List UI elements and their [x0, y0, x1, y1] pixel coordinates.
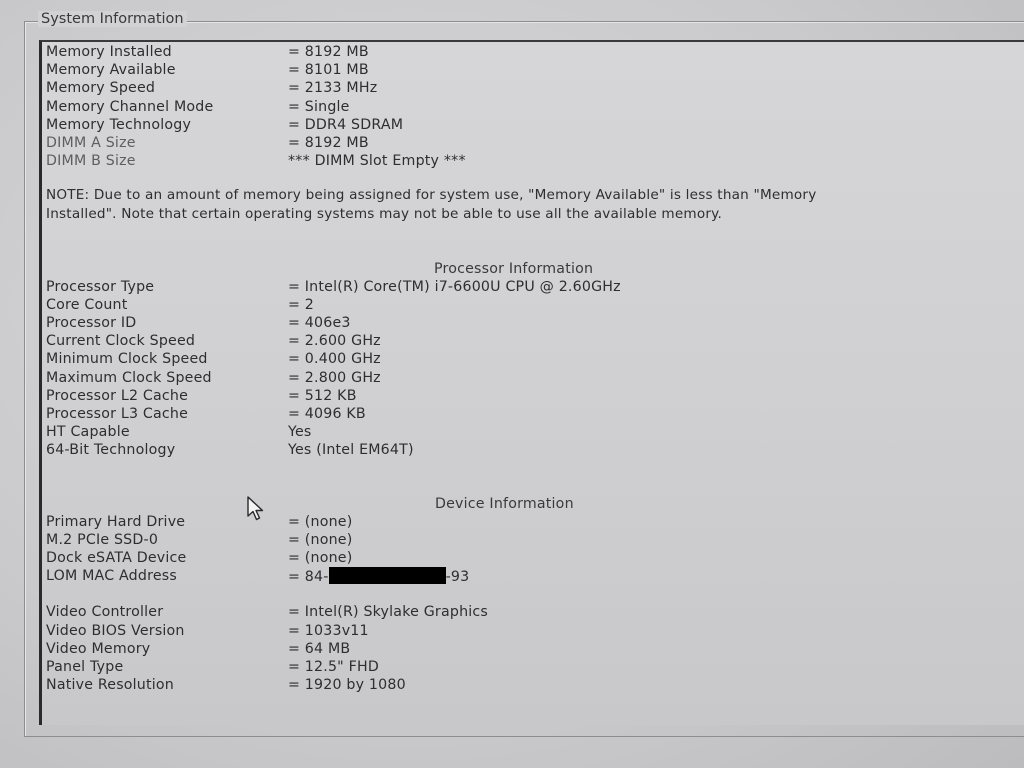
- info-row-memory-installed: Memory Installed= 8192 MB: [46, 43, 976, 61]
- info-row-memory-speed: Memory Speed= 2133 MHz: [46, 79, 976, 97]
- info-row-video-bios-version: Video BIOS Version= 1033v11: [46, 622, 976, 640]
- groupbox-title: System Information: [38, 11, 187, 27]
- device-section-title: Device Information: [46, 495, 976, 513]
- info-row-64-bit-technology: 64-Bit TechnologyYes (Intel EM64T): [46, 441, 976, 459]
- info-row-processor-id: Processor ID= 406e3: [46, 314, 976, 332]
- info-row-maximum-clock-speed: Maximum Clock Speed= 2.800 GHz: [46, 369, 976, 387]
- info-row-memory-available: Memory Available= 8101 MB: [46, 61, 976, 79]
- info-content: Memory Installed= 8192 MB Memory Availab…: [46, 43, 976, 694]
- redaction-bar: [329, 567, 446, 584]
- info-row-dock-esata: Dock eSATA Device= (none): [46, 549, 976, 567]
- info-row-memory-channel-mode: Memory Channel Mode= Single: [46, 98, 976, 116]
- info-row-processor-type: Processor Type= Intel(R) Core(TM) i7-660…: [46, 278, 976, 296]
- info-row-l2-cache: Processor L2 Cache= 512 KB: [46, 387, 976, 405]
- info-row-m2-pcie-ssd: M.2 PCIe SSD-0= (none): [46, 531, 976, 549]
- mac-prefix: = 84-: [288, 569, 329, 585]
- info-row-dimm-b-size: DIMM B Size*** DIMM Slot Empty ***: [46, 152, 976, 170]
- info-row-panel-type: Panel Type= 12.5" FHD: [46, 658, 976, 676]
- info-row-video-controller: Video Controller= Intel(R) Skylake Graph…: [46, 603, 976, 621]
- processor-section-title: Processor Information: [46, 260, 976, 278]
- info-row-l3-cache: Processor L3 Cache= 4096 KB: [46, 405, 976, 423]
- info-row-lom-mac-address: LOM MAC Address = 84--93: [46, 567, 976, 585]
- info-panel: Memory Installed= 8192 MB Memory Availab…: [39, 40, 1024, 725]
- info-row-video-memory: Video Memory= 64 MB: [46, 640, 976, 658]
- info-row-primary-hard-drive: Primary Hard Drive= (none): [46, 513, 976, 531]
- info-row-core-count: Core Count= 2: [46, 296, 976, 314]
- processor-section: Processor Type= Intel(R) Core(TM) i7-660…: [46, 278, 976, 460]
- info-row-dimm-a-size: DIMM A Size= 8192 MB: [46, 134, 976, 152]
- info-row-current-clock-speed: Current Clock Speed= 2.600 GHz: [46, 332, 976, 350]
- info-row-native-resolution: Native Resolution= 1920 by 1080: [46, 676, 976, 694]
- mouse-pointer-icon: [246, 495, 268, 523]
- mac-suffix: -93: [446, 569, 470, 585]
- info-row-ht-capable: HT CapableYes: [46, 423, 976, 441]
- video-section: Video Controller= Intel(R) Skylake Graph…: [46, 603, 976, 694]
- memory-note: NOTE: Due to an amount of memory being a…: [46, 186, 886, 222]
- info-row-minimum-clock-speed: Minimum Clock Speed= 0.400 GHz: [46, 350, 976, 368]
- device-section: Primary Hard Drive= (none) M.2 PCIe SSD-…: [46, 513, 976, 586]
- info-row-memory-technology: Memory Technology= DDR4 SDRAM: [46, 116, 976, 134]
- memory-section: Memory Installed= 8192 MB Memory Availab…: [46, 43, 976, 170]
